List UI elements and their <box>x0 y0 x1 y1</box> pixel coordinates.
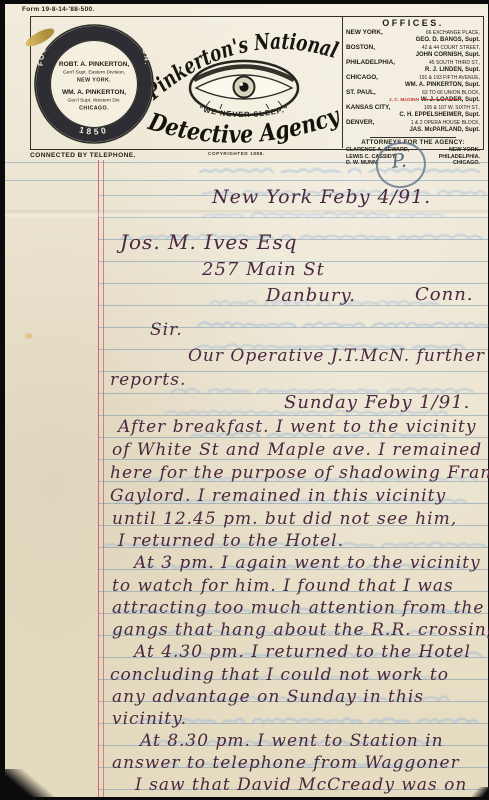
office-entry: PHILADELPHIA,45 SOUTH THIRD ST.,R. J. LI… <box>346 59 480 74</box>
office-superintendent: C. H. EPPELSHEIMER, Supt. <box>346 112 480 119</box>
report-heading: Sunday Feby 1/91. <box>284 392 470 413</box>
office-city: CHICAGO, <box>346 74 378 81</box>
salutation: Sir. <box>150 320 183 340</box>
paper-crease <box>5 210 488 219</box>
attorney-city: PHILADELPHIA. <box>439 154 480 161</box>
superintendent-stamp: J. C. McGINN <box>389 98 419 103</box>
office-address: 45 SOUTH THIRD ST., <box>429 60 480 67</box>
opening-line-2: reports. <box>110 370 186 390</box>
handwriting-line: gangs that hang about the R.R. crossing. <box>112 620 489 640</box>
office-address: 63 TO 66 UNION BLOCK, <box>422 90 480 97</box>
office-superintendent: WM. A. PINKERTON, Supt. <box>346 82 480 89</box>
office-city: NEW YORK, <box>346 29 383 36</box>
handwriting-line: concluding that I could not work to <box>110 665 449 685</box>
recipient-name: Jos. M. Ives Esq <box>120 230 298 254</box>
eye-glint <box>240 83 243 86</box>
offices-title: OFFICES. <box>346 18 480 28</box>
office-address: 191 & 193 FIFTH AVENUE, <box>419 75 480 82</box>
attorneys-divider <box>370 137 456 138</box>
form-number: Form 19-8-14-'88-500. <box>22 6 95 13</box>
dateline: New York Feby 4/91. <box>212 186 431 208</box>
seal-line-robt: ROBT. A. PINKERTON, <box>59 61 130 68</box>
handwriting-line: At 8.30 pm. I went to Station in <box>140 731 444 751</box>
connected-by-telephone: CONNECTED BY TELEPHONE. <box>30 152 136 159</box>
handwriting-line: After breakfast. I went to the vicinity <box>118 417 476 437</box>
handwriting-line: At 4.30 pm. I returned to the Hotel <box>134 642 471 662</box>
seal-line-chicago: CHICAGO. <box>79 106 109 112</box>
office-list: NEW YORK,66 EXCHANGE PLACE,GEO. D. BANGS… <box>346 29 480 134</box>
bleed-through-line <box>201 169 480 172</box>
letter-page: Form 19-8-14-'88-500. FOUNDED BY ALLAN P… <box>5 4 488 797</box>
recipient-street: 257 Main St <box>202 259 325 280</box>
superintendent-struck-name: W. J. LOADER <box>421 97 462 103</box>
superintendent-suffix: , Supt. <box>462 97 480 103</box>
attorney-city: CHICAGO. <box>453 160 480 167</box>
office-entry: CHICAGO,191 & 193 FIFTH AVENUE,WM. A. PI… <box>346 74 480 89</box>
handwriting-line: vicinity. <box>112 709 187 729</box>
founders-seal: FOUNDED BY ALLAN PINKERTON. 1850 ROBT. A… <box>28 20 160 150</box>
handwriting-line: here for the purpose of shadowing Frank <box>110 463 489 483</box>
handwriting-line: of White St and Maple ave. I remained <box>112 440 482 460</box>
office-superintendent: JOHN CORNISH, Supt. <box>346 52 480 59</box>
seal-line-newyork: NEW YORK. <box>77 78 111 84</box>
seal-line-eastern: Gen'l Supt. Eastern Division, <box>63 70 125 76</box>
handwriting-line: attracting too much attention from the <box>112 598 484 618</box>
office-city: DENVER, <box>346 119 374 126</box>
handwriting-line: any advantage on Sunday in this <box>112 687 424 707</box>
recipient-state: Conn. <box>415 284 474 305</box>
attorney-name: D. W. MUNN, <box>346 160 378 167</box>
handwriting-line: to watch for him. I found that I was <box>112 576 454 596</box>
opening-line-1: Our Operative J.T.McN. further <box>188 346 485 366</box>
office-city: ST. PAUL, <box>346 89 376 96</box>
handwriting-line: At 3 pm. I again went to the vicinity <box>134 553 481 573</box>
office-superintendent: GEO. D. BANGS, Supt. <box>346 37 480 44</box>
office-address: 66 EXCHANGE PLACE, <box>426 30 480 37</box>
handwriting-line: answer to telephone from Waggoner <box>112 753 460 773</box>
office-entry: NEW YORK,66 EXCHANGE PLACE,GEO. D. BANGS… <box>346 29 480 44</box>
seal-line-wm: WM. A. PINKERTON, <box>62 89 126 96</box>
scan-corner-shadow <box>464 787 489 799</box>
recipient-city: Danbury. <box>266 285 356 306</box>
paper-stain <box>24 332 34 340</box>
handwriting-line: Gaylord. I remained in this vicinity <box>110 486 446 506</box>
office-city: PHILADELPHIA, <box>346 59 395 66</box>
office-city: KANSAS CITY, <box>346 104 390 111</box>
pencil-p-letter: P. <box>390 149 407 172</box>
office-entry: KANSAS CITY,105 & 107 W. SIXTH ST.,C. H.… <box>346 104 480 119</box>
seal-line-western: Gen'l Supt. Western Div. <box>68 98 121 104</box>
seal-inner-circle <box>51 41 138 128</box>
agency-emblem: Pinkerton's National "WE NEVER SLEEP." D… <box>138 16 350 154</box>
red-margin-line <box>98 160 104 797</box>
office-city: BOSTON, <box>346 44 375 51</box>
office-superintendent: R. J. LINDEN, Supt. <box>346 67 480 74</box>
scan-corner-shadow <box>1 769 59 799</box>
handwriting-line: I returned to the Hotel. <box>118 531 344 551</box>
office-entry: DENVER,1 & 2 OPERA HOUSE BLOCK,JAS. McPA… <box>346 119 480 134</box>
office-entry: BOSTON,42 & 44 COURT STREET,JOHN CORNISH… <box>346 44 480 59</box>
handwriting-line: until 12.45 pm. but did not see him, <box>112 509 457 529</box>
office-entry: ST. PAUL,63 TO 66 UNION BLOCK,J. C. McGI… <box>346 89 480 104</box>
attorney-city: NEW YORK. <box>449 147 480 154</box>
office-address: 105 & 107 W. SIXTH ST., <box>424 105 480 112</box>
office-address: 42 & 44 COURT STREET, <box>422 45 480 52</box>
copyright-notice: COPYRIGHTED 1888. <box>208 151 265 156</box>
handwriting-line: I saw that David McCready was on <box>135 775 467 795</box>
office-address: 1 & 2 OPERA HOUSE BLOCK, <box>411 120 480 127</box>
office-superintendent: J. C. McGINNW. J. LOADER, Supt. <box>346 97 480 104</box>
office-superintendent: JAS. McPARLAND, Supt. <box>346 127 480 134</box>
